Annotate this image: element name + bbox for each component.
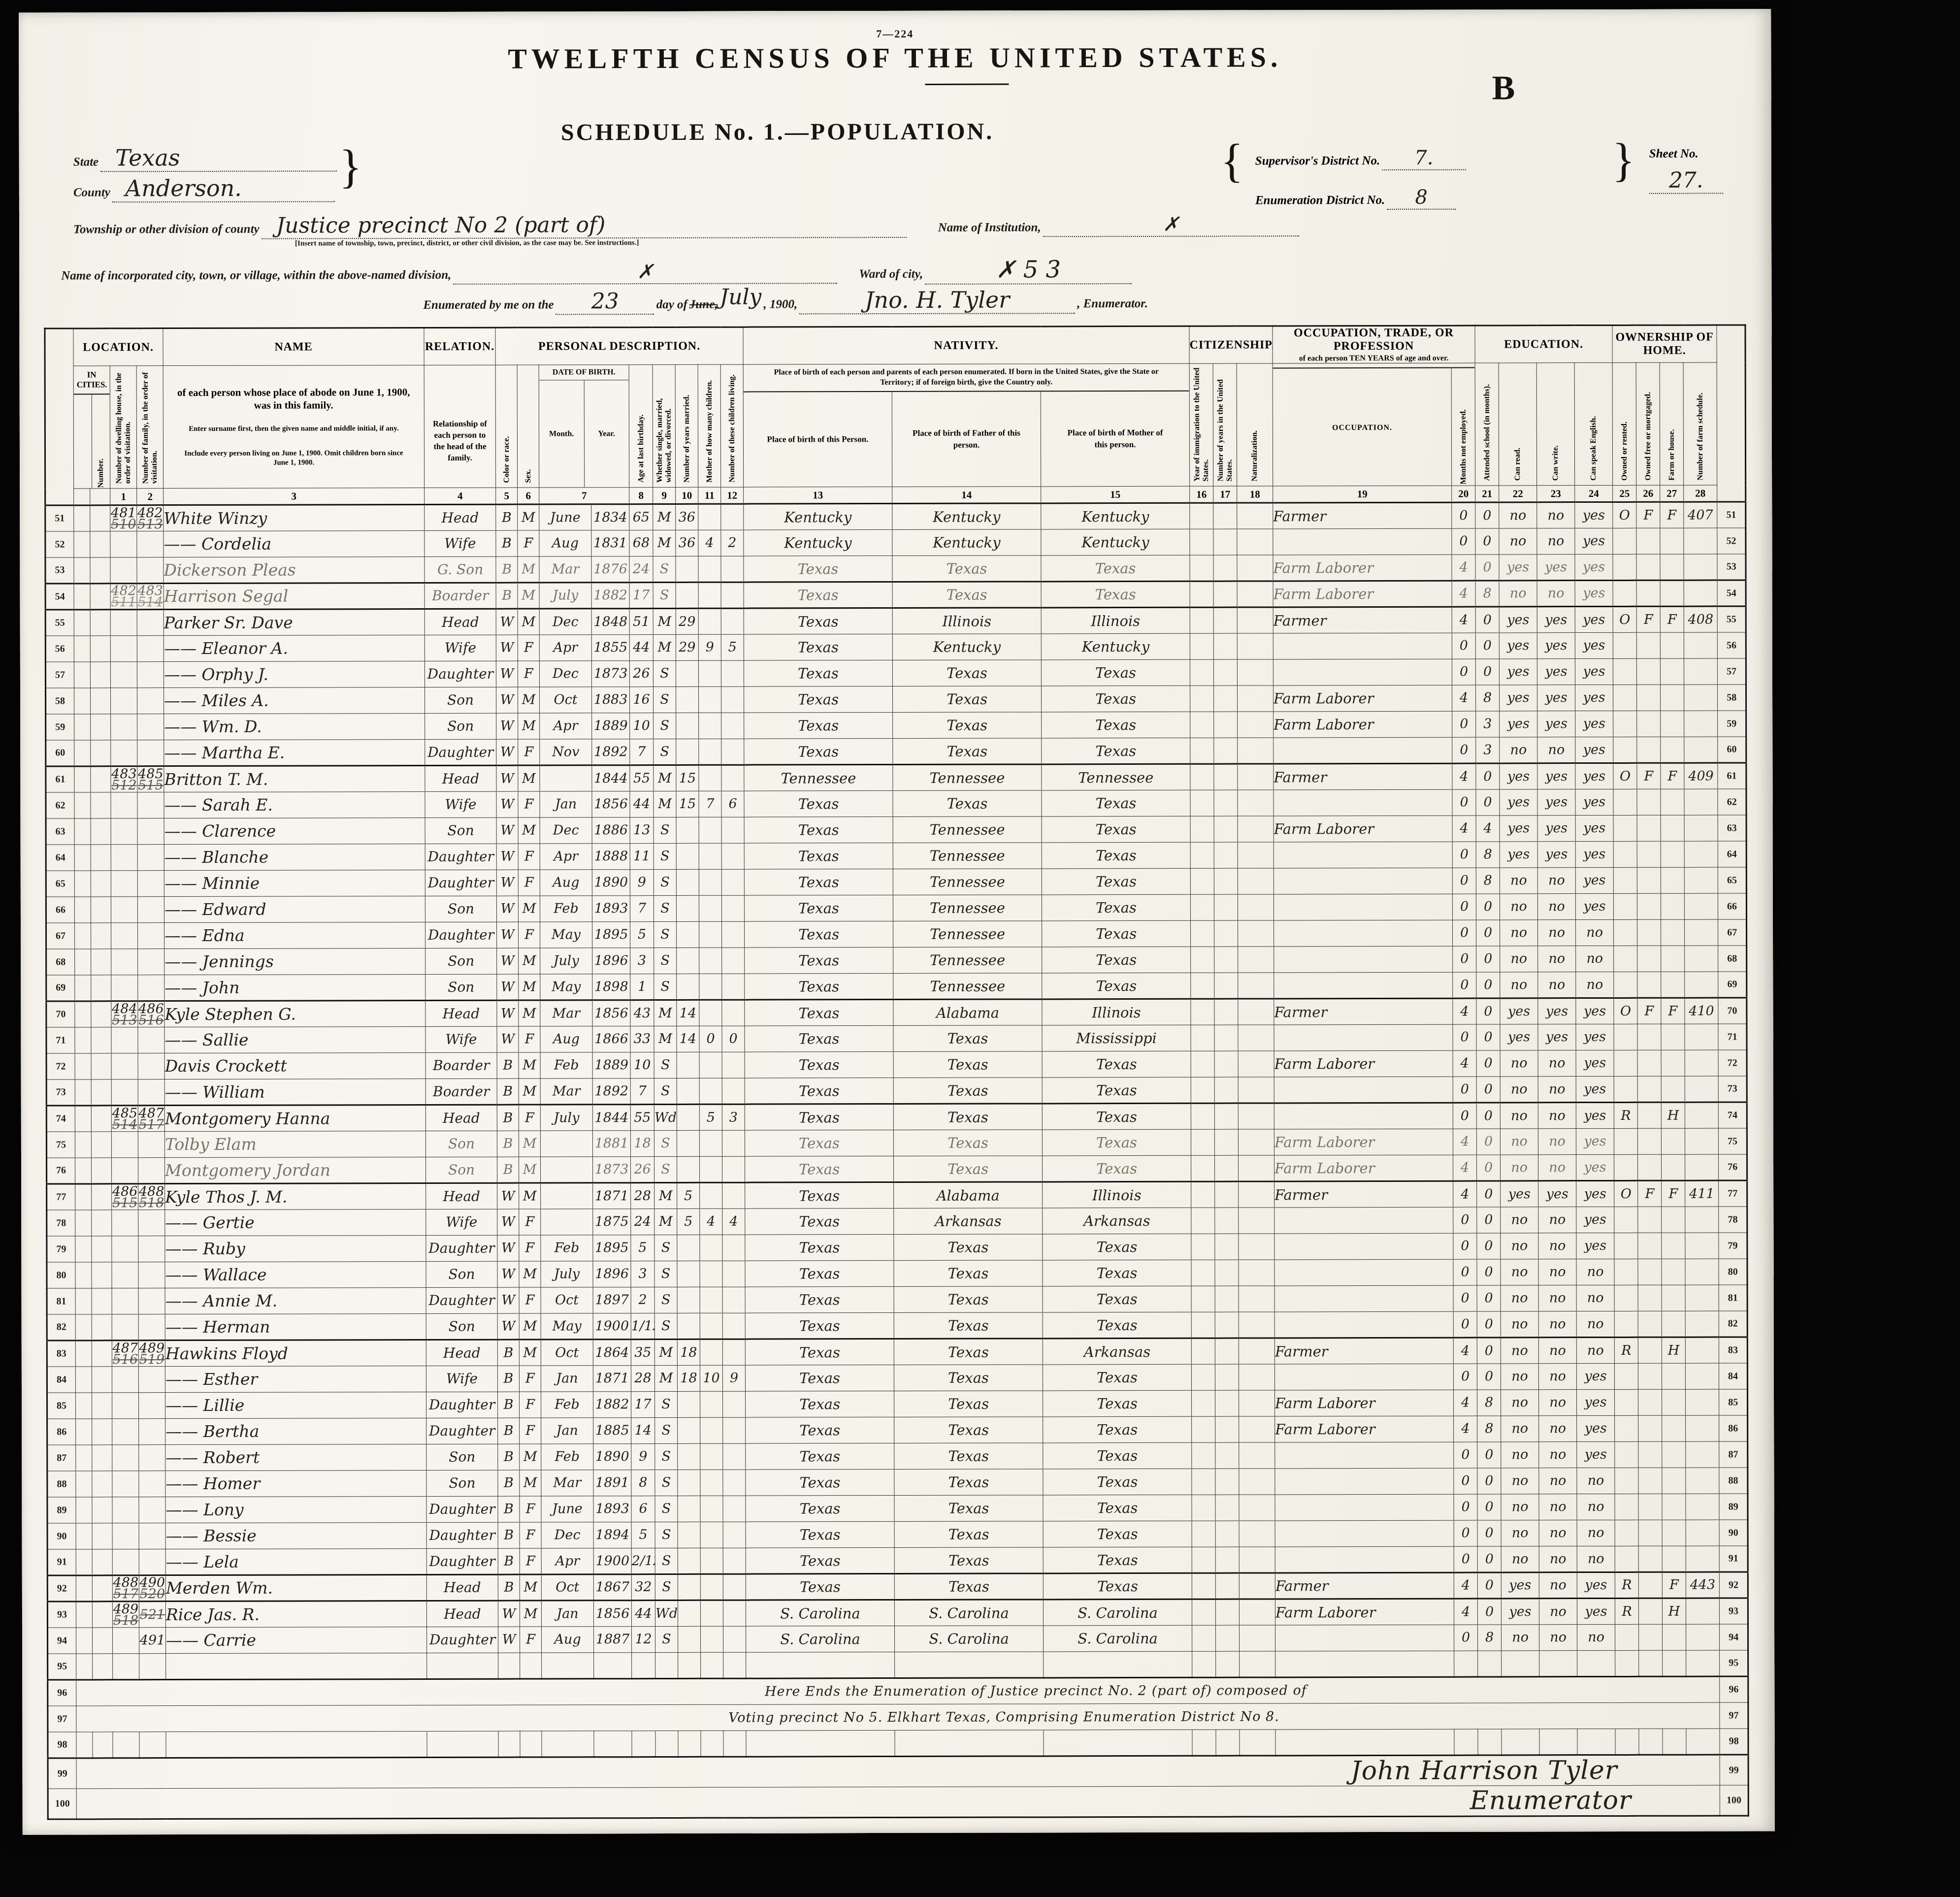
col-pb: Texas (744, 869, 893, 896)
col-sc: 0 (1476, 763, 1500, 789)
colnum-17: 17 (1213, 486, 1237, 503)
col-pb: S. Carolina (746, 1600, 894, 1627)
col-wr: yes (1537, 555, 1575, 581)
col-rd: yes (1500, 1024, 1538, 1050)
colnum-10: 10 (676, 487, 698, 504)
colnum-2: 2 (137, 489, 163, 505)
enumerated-month: July (719, 285, 761, 310)
col-s: F (519, 1209, 541, 1235)
census-row-90: 90—— BessieDaughterBFDec18945STexasTexas… (47, 1520, 1748, 1549)
col-cl (722, 974, 745, 1000)
immigration-rotated-label: Year of immigration to the United States… (1192, 365, 1210, 485)
col-ym (677, 1156, 700, 1182)
col-occ (1273, 633, 1452, 659)
col-rd: yes (1500, 998, 1538, 1024)
line-number-left: 51 (45, 505, 74, 531)
col-mo: Mar (541, 1470, 593, 1496)
col-ow (1613, 632, 1636, 658)
col-rel: Daughter (425, 844, 496, 870)
col-iy (1192, 1442, 1215, 1469)
col-c: B (498, 1574, 520, 1601)
colnum-6: 6 (518, 488, 539, 504)
col-age: 11 (630, 844, 653, 870)
line-number-right: 72 (1718, 1050, 1747, 1076)
col-mn: 4 (1454, 1599, 1477, 1625)
line-number-right: 91 (1719, 1546, 1748, 1572)
col-mc (700, 1235, 722, 1261)
col-fa: F (1661, 998, 1685, 1024)
col-wr: no (1538, 972, 1576, 998)
census-row-91: 91—— LelaDaughterBFApr19002/12STexasTexa… (47, 1546, 1748, 1575)
col-rd: no (1500, 868, 1537, 894)
col-s: M (520, 1601, 541, 1627)
col-yu (1215, 1599, 1239, 1625)
year-label: Year. (584, 380, 629, 487)
col-fr (1638, 1441, 1662, 1468)
col-iy (1192, 1573, 1215, 1599)
col-iy (1190, 529, 1213, 555)
col-sc: 0 (1476, 1024, 1500, 1050)
col-pf: Texas (894, 1312, 1043, 1339)
col-m: S (654, 1261, 677, 1287)
col-c: B (497, 1157, 519, 1183)
col-pb (746, 1731, 895, 1757)
col-ym: 15 (676, 791, 699, 817)
col-iy (1191, 1155, 1215, 1181)
col-mo: May (541, 1313, 593, 1340)
col-wr: no (1538, 1285, 1576, 1311)
closing-note: Enumerator (77, 1786, 1720, 1819)
col-hn (91, 1158, 111, 1184)
col-m: S (654, 1235, 677, 1261)
census-row-52: 52—— CordeliaWifeBFAug183168M3642Kentuck… (45, 528, 1746, 557)
col-dw (112, 1262, 138, 1288)
col-mo: Mar (540, 1000, 592, 1026)
col-fr: F (1638, 1180, 1662, 1207)
col-s: F (519, 1366, 541, 1392)
col-m: S (653, 660, 676, 687)
col-wr: no (1537, 502, 1575, 528)
col-iy (1192, 1730, 1216, 1756)
col-yu (1215, 1260, 1239, 1286)
col-ym (676, 895, 699, 921)
census-row-80: 80—— WallaceSonWMJuly18963STexasTexasTex… (47, 1259, 1747, 1288)
col-name: —— Annie M. (165, 1288, 426, 1314)
line-number-header-right (1717, 325, 1746, 502)
col-fr (1637, 1050, 1661, 1076)
line-number-left: 95 (48, 1654, 76, 1680)
col-st (76, 1602, 92, 1628)
col-mn: 4 (1454, 1416, 1477, 1442)
col-iy (1190, 868, 1214, 894)
col-rel: Wife (425, 530, 496, 556)
col-s: M (519, 1052, 540, 1079)
col-age: 3 (631, 1261, 654, 1287)
col-st (74, 505, 90, 531)
col-en: yes (1575, 737, 1613, 763)
col-c: B (498, 1444, 520, 1470)
col-en: yes (1575, 606, 1613, 632)
col-pf: Tennessee (893, 764, 1042, 791)
col-ow (1615, 1389, 1638, 1415)
col-pb: Texas (745, 1104, 893, 1131)
col-nat (1238, 764, 1274, 790)
col-s: F (519, 1287, 541, 1313)
col-fm (137, 531, 163, 557)
col-age: 1 (630, 974, 654, 1000)
col-sc: 0 (1476, 789, 1500, 816)
col-s: M (520, 1574, 541, 1601)
col-fr (1638, 1233, 1662, 1259)
col-pm: Texas (1042, 816, 1190, 843)
line-number-right: 67 (1718, 919, 1747, 946)
col-ow: R (1614, 1102, 1637, 1128)
col-age: 7 (630, 1079, 654, 1105)
col-fs (1686, 1415, 1719, 1441)
col-en: yes (1575, 554, 1613, 580)
district-brace-open: { (1221, 133, 1243, 188)
col-m: S (655, 1417, 678, 1443)
col-wr: no (1539, 1625, 1577, 1651)
col-age: 28 (631, 1183, 654, 1209)
col-rd: yes (1499, 607, 1537, 633)
col-yr: 1888 (592, 844, 630, 870)
col-cl: 2 (721, 530, 744, 556)
col-nat (1239, 1521, 1275, 1547)
col-mo: Aug (539, 530, 591, 556)
col-pb: Texas (746, 1522, 894, 1548)
col-mn: 0 (1453, 1233, 1477, 1259)
family-column-label: Number of family, in the order of visita… (136, 366, 163, 489)
col-c: B (497, 1131, 519, 1157)
col-fa: H (1661, 1102, 1685, 1128)
col-fr (1638, 1468, 1662, 1494)
col-wr: yes (1538, 1181, 1576, 1207)
col-st (75, 1314, 92, 1341)
col-wr: no (1538, 1338, 1576, 1364)
col-ym: 36 (676, 530, 698, 556)
col-yr: 1882 (591, 583, 629, 609)
col-en: no (1577, 1468, 1615, 1494)
col-ow (1614, 1363, 1638, 1389)
col-en: yes (1577, 1389, 1615, 1415)
col-c: W (497, 1313, 519, 1340)
colnum-9: 9 (653, 487, 676, 504)
col-c (498, 1653, 520, 1679)
line-number-right: 85 (1719, 1389, 1748, 1415)
supervisor-value: 7. (1382, 147, 1466, 170)
col-ym: 14 (677, 1026, 699, 1052)
col-st (75, 1341, 92, 1367)
col-cl (723, 1470, 746, 1496)
col-pb: Texas (745, 1130, 893, 1157)
col-st (76, 1445, 92, 1471)
line-number-right: 63 (1718, 815, 1746, 841)
col-mo: Jan (540, 791, 592, 818)
col-en: no (1576, 1259, 1614, 1285)
col-mc (700, 1287, 722, 1313)
col-occ (1275, 1468, 1454, 1495)
col-dw (112, 1497, 139, 1523)
col-fs (1684, 893, 1718, 919)
farm-schedule-column-label: Number of farm schedule. (1683, 362, 1717, 485)
col-fm: 489519 (138, 1341, 165, 1367)
col-mn: 0 (1454, 1520, 1477, 1546)
col-sc (1478, 1729, 1502, 1755)
col-ow: O (1613, 763, 1637, 789)
col-mn: 0 (1454, 1546, 1477, 1572)
enumerated-mid: day of (656, 298, 687, 311)
col-hn (92, 1288, 112, 1314)
col-m: S (654, 1287, 677, 1313)
col-rd: no (1500, 1129, 1538, 1155)
col-ow (1614, 1076, 1637, 1102)
col-m (655, 1731, 678, 1757)
col-dw (111, 792, 137, 818)
col-fm: 490520 (139, 1575, 165, 1602)
census-row-79: 79—— RubyDaughterWFFeb18955STexasTexasTe… (47, 1233, 1747, 1262)
col-st (75, 1079, 91, 1106)
col-yr: 1886 (592, 818, 630, 844)
line-number-right: 100 (1720, 1785, 1748, 1816)
colnum-22: 22 (1499, 486, 1537, 502)
col-c: B (497, 1079, 519, 1105)
group-occupation: OCCUPATION, TRADE, OR PROFESSION of each… (1273, 326, 1475, 363)
col-st (74, 845, 91, 871)
sheet-label: Sheet No. (1649, 147, 1699, 161)
col-pf (895, 1730, 1044, 1757)
col-fr (1639, 1650, 1663, 1676)
enumerated-post: , Enumerator. (1077, 297, 1148, 310)
col-dw: 481510 (110, 505, 137, 531)
col-hn (91, 714, 111, 740)
months-not-employed-rotated-label: Months not employed. (1459, 368, 1468, 486)
col-name: Montgomery Jordan (165, 1157, 426, 1184)
col-age: 3 (630, 948, 654, 974)
col-iy (1190, 712, 1214, 738)
col-st (75, 1236, 92, 1262)
col-pb: Texas (746, 1470, 894, 1496)
col-hn (92, 1210, 112, 1236)
county-value: Anderson. (112, 174, 335, 202)
col-age: 16 (630, 687, 653, 713)
col-rel: Wife (425, 635, 496, 661)
col-fa (1661, 737, 1684, 763)
col-fa (1662, 1546, 1686, 1572)
col-yu (1214, 1051, 1238, 1077)
line-number-right: 93 (1720, 1598, 1748, 1624)
col-pm: Arkansas (1043, 1208, 1191, 1234)
col-ym (676, 556, 698, 582)
township-note: [Insert name of township, town, precinct… (295, 239, 639, 248)
col-mn: 0 (1453, 1103, 1476, 1129)
col-age: 43 (630, 1000, 654, 1026)
col-m: S (654, 948, 677, 974)
col-rel: G. Son (425, 556, 496, 583)
col-pb: Kentucky (744, 504, 892, 530)
col-fr (1637, 1076, 1661, 1102)
col-dw (111, 740, 137, 766)
col-rd: no (1502, 1625, 1539, 1651)
col-name: —— Homer (165, 1471, 426, 1497)
col-ym (678, 1548, 700, 1574)
supervisor-field: Supervisor's District No. 7. (1255, 147, 1466, 171)
col-occ: Farmer (1275, 1572, 1454, 1599)
col-fm (137, 845, 164, 871)
col-pf: Texas (894, 1391, 1043, 1417)
col-occ: Farmer (1274, 1181, 1453, 1208)
col-wr: no (1538, 1259, 1576, 1285)
col-s: M (518, 896, 540, 922)
col-s: F (519, 1026, 540, 1052)
col-mn: 0 (1453, 1364, 1477, 1390)
col-mc (699, 843, 721, 869)
col-rd: yes (1500, 816, 1537, 842)
col-pf: Texas (894, 1156, 1043, 1182)
col-m: S (654, 921, 677, 948)
col-iy (1192, 1495, 1215, 1521)
col-wr: yes (1537, 711, 1575, 737)
col-fs (1685, 1285, 1719, 1311)
col-pf: Texas (894, 1365, 1043, 1391)
col-sc: 0 (1477, 1546, 1501, 1572)
col-name: —— Robert (165, 1444, 426, 1471)
col-occ: Farm Laborer (1275, 1599, 1454, 1625)
col-fm (138, 1367, 165, 1393)
col-ow (1615, 1729, 1639, 1755)
col-pf: Tennessee (893, 895, 1042, 921)
line-number-right: 54 (1717, 580, 1746, 606)
col-nat (1239, 1312, 1274, 1338)
col-pf: Texas (892, 582, 1041, 608)
col-hn (91, 1106, 111, 1132)
col-rd: no (1499, 581, 1537, 607)
col-fa (1661, 1024, 1685, 1050)
col-yu (1215, 1547, 1239, 1573)
years-married-rotated-label: Number of years married. (682, 366, 691, 486)
col-m (655, 1652, 678, 1678)
col-name: Dickerson Pleas (163, 557, 425, 584)
col-pm: Texas (1043, 1495, 1192, 1521)
col-age: 26 (629, 661, 653, 687)
col-fa: H (1662, 1598, 1686, 1624)
col-dw: 489518 (112, 1602, 139, 1628)
col-ym (678, 1600, 700, 1626)
col-rd: no (1501, 1494, 1539, 1520)
col-dw (110, 531, 137, 557)
col-ow (1615, 1468, 1638, 1494)
col-pf: Texas (893, 1078, 1042, 1104)
col-wr: no (1538, 1103, 1576, 1129)
col-yu (1214, 816, 1238, 842)
col-mo: Oct (541, 1340, 593, 1366)
col-mn: 4 (1452, 816, 1476, 842)
col-ym (678, 1731, 701, 1757)
col-ym (678, 1522, 700, 1548)
col-en: no (1576, 1285, 1614, 1311)
col-ow (1614, 1259, 1638, 1285)
col-fm (139, 1654, 166, 1680)
col-fr (1636, 554, 1660, 580)
col-yr: 1897 (593, 1287, 631, 1313)
schedule-title: SCHEDULE No. 1.—POPULATION. (334, 118, 1221, 147)
col-occ: Farmer (1273, 607, 1452, 633)
col-fs (1686, 1520, 1719, 1546)
pob-father-label: Place of birth of Father of this person. (892, 392, 1041, 487)
col-yu (1216, 1730, 1240, 1756)
col-mc (699, 895, 721, 921)
col-fs (1685, 1024, 1718, 1050)
col-pf: Tennessee (893, 947, 1042, 974)
col-sc: 0 (1476, 894, 1500, 920)
col-fa (1661, 1076, 1685, 1102)
col-ow (1615, 1415, 1638, 1441)
col-mo: Oct (540, 687, 592, 713)
col-s: M (518, 765, 540, 791)
col-name: Kyle Stephen G. (164, 1001, 425, 1027)
col-occ (1274, 1077, 1453, 1103)
col-en: no (1576, 946, 1614, 972)
col-ym (676, 660, 698, 687)
col-fr (1638, 1154, 1662, 1180)
col-ym (677, 948, 699, 974)
col-pm: Illinois (1042, 999, 1191, 1025)
line-number-left: 71 (46, 1027, 75, 1053)
col-wr: no (1539, 1390, 1577, 1416)
col-fs: 408 (1684, 606, 1717, 632)
col-nat (1239, 1416, 1275, 1442)
colnum-28: 28 (1684, 485, 1717, 502)
col-fr (1638, 1572, 1662, 1598)
col-sc: 0 (1477, 1599, 1501, 1625)
census-row-59: 59—— Wm. D.SonWMApr188910STexasTexasTexa… (46, 711, 1746, 740)
colnum-1: 1 (110, 489, 137, 505)
group-citizenship: CITIZENSHIP. (1189, 326, 1273, 363)
col-fm (139, 1445, 165, 1471)
col-fs (1684, 841, 1718, 867)
col-iy (1192, 1599, 1215, 1625)
col-mn: 0 (1452, 711, 1476, 737)
col-fs (1686, 1494, 1719, 1520)
col-rel: Son (425, 974, 497, 1000)
line-number-left: 66 (46, 897, 74, 923)
col-nat (1238, 973, 1274, 999)
col-rel: Daughter (426, 1392, 498, 1418)
col-dw (111, 714, 137, 740)
col-c: W (496, 896, 518, 922)
col-wr: no (1537, 581, 1575, 607)
col-sc: 0 (1477, 1494, 1501, 1520)
col-fs: 411 (1685, 1180, 1719, 1207)
col-pb: Texas (746, 1417, 894, 1444)
col-cl (721, 869, 744, 895)
col-yu (1214, 868, 1238, 894)
line-number-right: 73 (1718, 1076, 1747, 1102)
col-fs (1684, 737, 1718, 763)
col-occ (1274, 789, 1452, 816)
col-pb: Tennessee (744, 765, 893, 791)
col-mn: 4 (1452, 555, 1475, 581)
col-pf (895, 1652, 1044, 1678)
colnum-street (74, 489, 90, 505)
col-c: W (497, 1209, 519, 1235)
col-mo: July (539, 583, 591, 609)
col-s: M (519, 1131, 540, 1157)
col-mn: 4 (1453, 1050, 1476, 1077)
col-pf: Kentucky (892, 634, 1041, 660)
col-sc: 0 (1476, 998, 1500, 1024)
col-rd: no (1501, 1390, 1539, 1416)
